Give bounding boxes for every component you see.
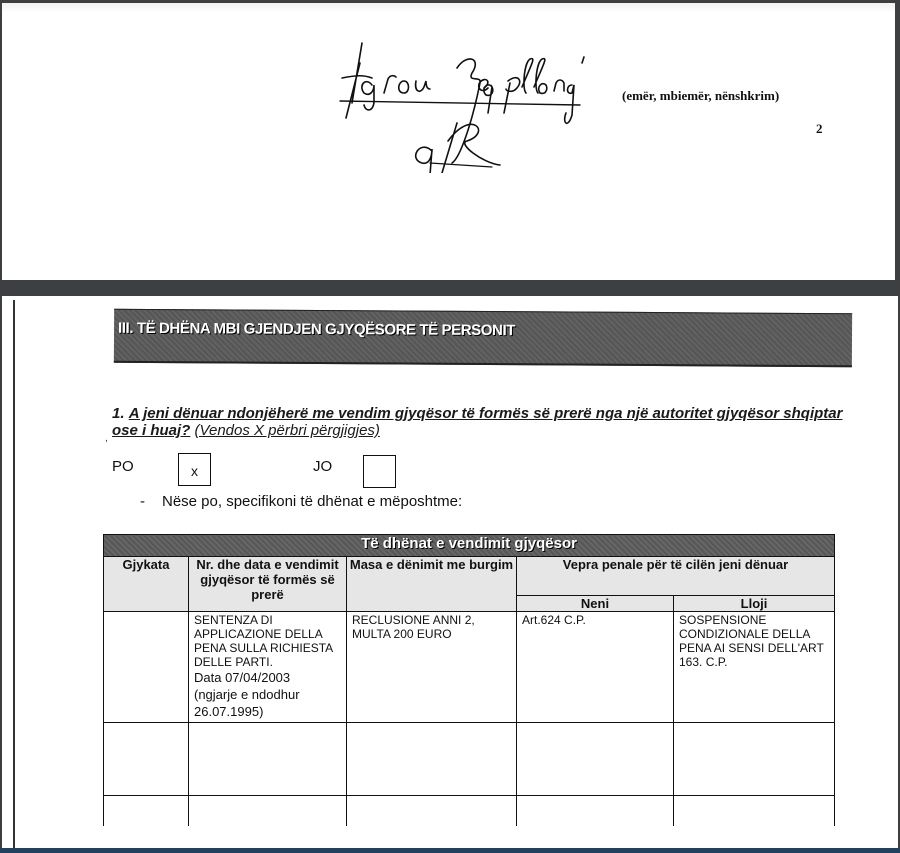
cell-article: Art.624 C.P. <box>517 612 674 723</box>
option-yes-label: PO <box>112 458 134 475</box>
table-row-empty <box>104 723 835 796</box>
bullet-dash: - <box>140 493 162 510</box>
document-page-1: Agron Zeqelloq (emër, mb <box>2 3 895 280</box>
decision-note: (ngjarje e ndodhur 26.07.1995) <box>194 686 341 720</box>
option-no-checkbox[interactable] <box>363 455 396 488</box>
question-number: 1. <box>112 405 125 422</box>
section-header: III. TË DHËNA MBI GJENDJEN GJYQËSORE TË … <box>114 309 852 368</box>
table-row: SENTENZA DI APPLICAZIONE DELLA PENA SULL… <box>104 612 835 723</box>
header-court: Gjykata <box>104 557 189 612</box>
instruction-text: Nëse po, specifikoni të dhënat e mëposht… <box>162 493 462 510</box>
header-offence-group: Vepra penale për të cilën jeni dënuar <box>517 557 835 596</box>
question-hint: (Vendos X përbri përgjigjes) <box>195 422 380 439</box>
option-yes-checkbox[interactable]: x <box>178 453 211 486</box>
viewer-bottom-bar <box>0 848 900 853</box>
cell-empty <box>517 723 674 796</box>
cell-empty <box>674 796 835 827</box>
option-no-label: JO <box>313 458 332 475</box>
header-type: Lloji <box>674 596 835 612</box>
scan-mark: , <box>105 433 108 444</box>
header-sentence: Masa e dënimit me burgim <box>347 557 517 612</box>
cell-court <box>104 612 189 723</box>
verdict-table: Të dhënat e vendimit gjyqësor Gjykata Nr… <box>103 534 835 826</box>
question-1: 1. A jeni dënuar ndonjëherë me vendim gj… <box>112 405 852 439</box>
cell-empty <box>189 723 347 796</box>
section-title: III. TË DHËNA MBI GJENDJEN GJYQËSORE TË … <box>118 320 515 339</box>
cell-decision: SENTENZA DI APPLICAZIONE DELLA PENA SULL… <box>189 612 347 723</box>
table-row-empty <box>104 796 835 827</box>
signature-caption: (emër, mbiemër, nënshkrim) <box>622 88 779 104</box>
cell-empty <box>104 723 189 796</box>
cell-empty <box>189 796 347 827</box>
header-decision: Nr. dhe data e vendimit gjyqësor të form… <box>189 557 347 612</box>
cell-type: SOSPENSIONE CONDIZIONALE DELLA PENA AI S… <box>674 612 835 723</box>
page-number: 2 <box>816 121 823 137</box>
handwritten-signature: Agron Zeqelloq <box>332 23 612 173</box>
header-article: Neni <box>517 596 674 612</box>
cell-empty <box>347 723 517 796</box>
margin-rule <box>13 300 15 848</box>
cell-sentence: RECLUSIONE ANNI 2, MULTA 200 EURO <box>347 612 517 723</box>
instruction: -Nëse po, specifikoni të dhënat e mëposh… <box>140 493 462 510</box>
cell-empty <box>347 796 517 827</box>
cell-empty <box>674 723 835 796</box>
decision-date: Data 07/04/2003 <box>194 669 341 686</box>
decision-text: SENTENZA DI APPLICAZIONE DELLA PENA SULL… <box>194 613 341 669</box>
cell-empty <box>517 796 674 827</box>
cell-empty <box>104 796 189 827</box>
table-title: Të dhënat e vendimit gjyqësor <box>104 535 835 557</box>
